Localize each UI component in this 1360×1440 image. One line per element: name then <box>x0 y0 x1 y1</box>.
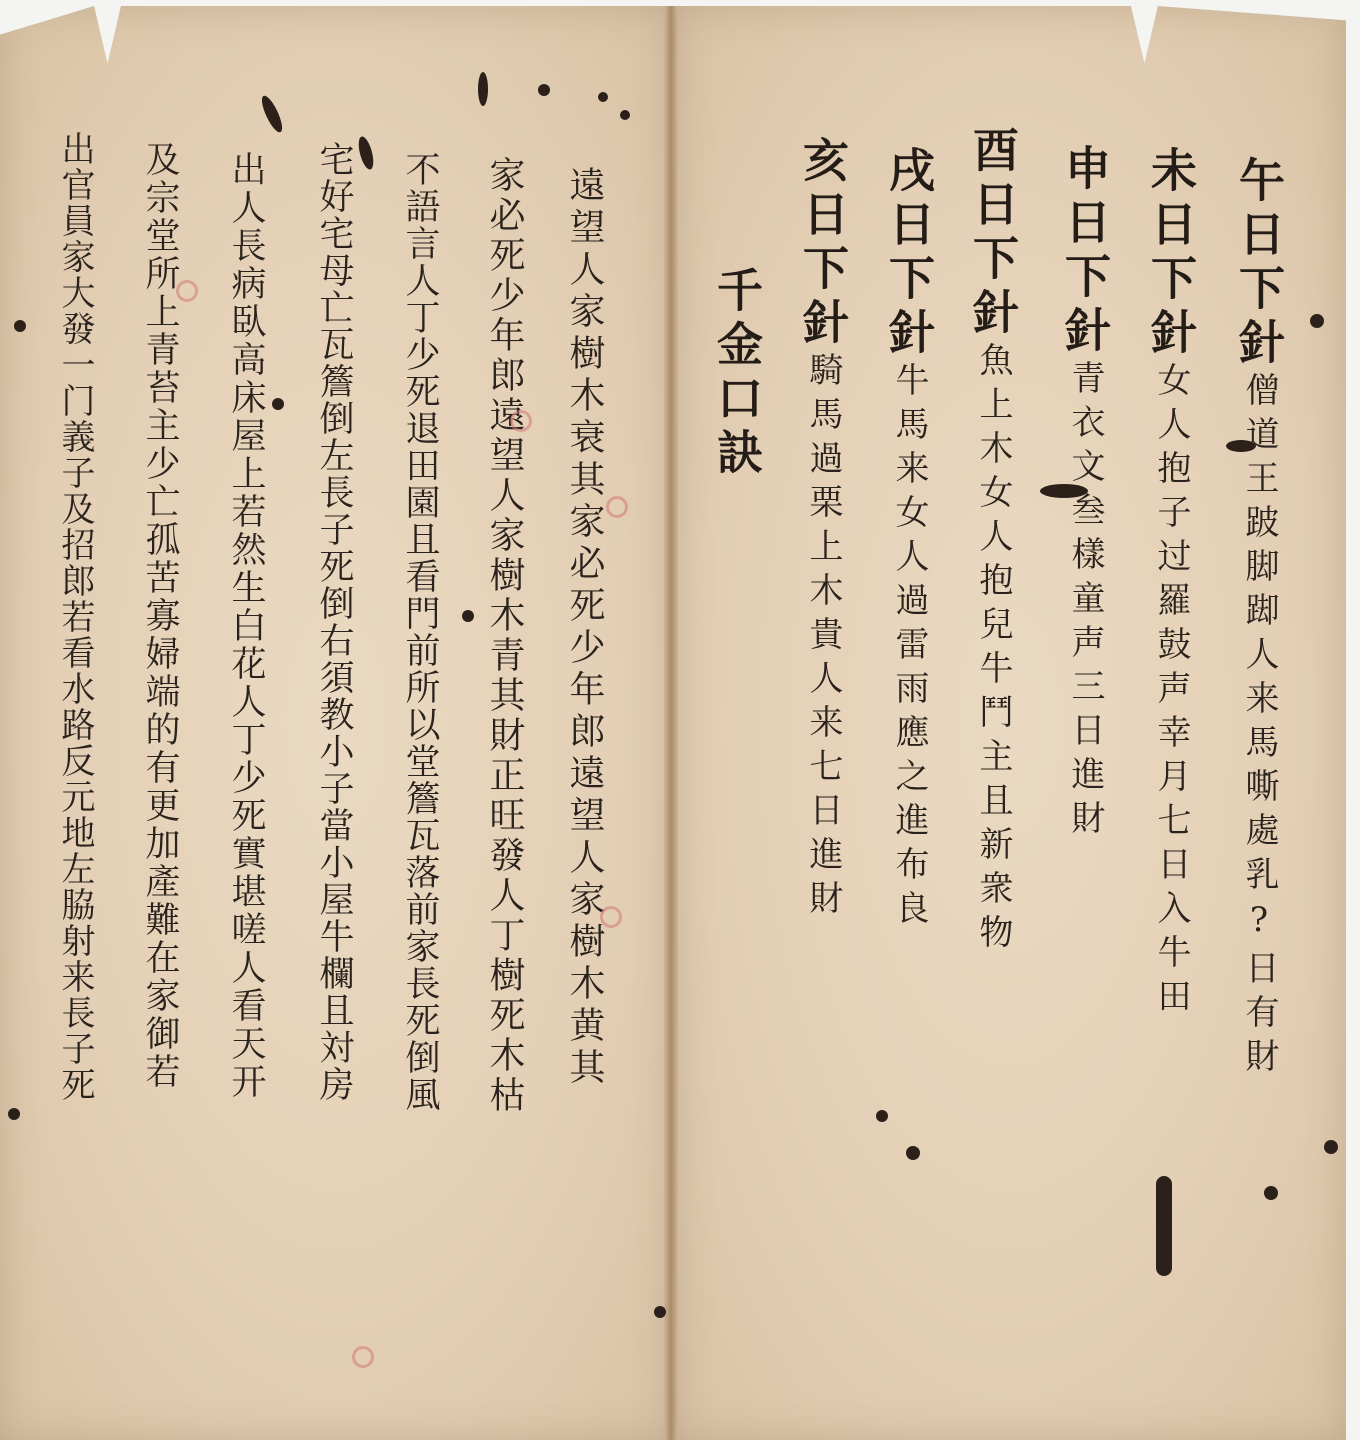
wormhole <box>538 84 550 96</box>
wormhole <box>478 72 488 106</box>
wormhole <box>906 1146 920 1160</box>
column-text: 青衣文叁樣童声三日進財 <box>1065 360 1105 844</box>
column-text: 女人抱子过羅鼓声幸月七日入牛田 <box>1151 362 1191 1022</box>
red-mark <box>600 906 622 928</box>
left-column-6: 及宗堂所上青苔主少亡孤苦寡婦端的有更加產難在家御若 <box>142 141 177 1091</box>
column-text: 騎馬過栗上木貴人来七日進財 <box>803 352 843 924</box>
column-text: 出官員家大發一门義子及招郎若看水路反元地左脇射来長子死 <box>55 131 95 1103</box>
left-column-7: 出官員家大發一门義子及招郎若看水路反元地左脇射来長子死 <box>58 131 92 1103</box>
column-text: 宅好宅母亡瓦簷倒左長子死倒右須教小子當小屋牛欄且対房 <box>314 141 354 1103</box>
column-heading: 申日下針 <box>1058 144 1112 360</box>
wormhole <box>1310 314 1324 328</box>
wormhole <box>598 92 608 102</box>
column-text: 及宗堂所上青苔主少亡孤苦寡婦端的有更加產難在家御若 <box>140 141 180 1091</box>
wormhole <box>620 110 630 120</box>
column-heading: 午日下針 <box>1232 156 1286 372</box>
red-mark <box>606 496 628 518</box>
left-column-3: 不語言人丁少死退田園且看門前所以堂簷瓦落前家長死倒風 <box>402 151 437 1113</box>
column-text: 不語言人丁少死退田園且看門前所以堂簷瓦落前家長死倒風 <box>400 151 440 1113</box>
wormhole <box>1264 1186 1278 1200</box>
column-text: 遠望人家樹木衰其家必死少年郎遠望人家樹木黄其 <box>564 166 605 1090</box>
book-spine <box>664 6 678 1440</box>
wormhole <box>14 320 26 332</box>
right-column-4: 酉日下針魚上木女人抱兒牛鬥主且新衆物 <box>970 126 1016 958</box>
red-mark <box>352 1346 374 1368</box>
red-mark <box>176 280 198 302</box>
wormhole <box>1324 1140 1338 1154</box>
wormhole <box>1040 484 1088 498</box>
manuscript-spread: 午日下針僧道王跛脚踋人来馬嘶處乳?日有財 未日下針女人抱子过羅鼓声幸月七日入牛田… <box>0 6 1360 1440</box>
right-column-2: 未日下針女人抱子过羅鼓声幸月七日入牛田 <box>1148 146 1194 1022</box>
right-column-7: 千金口訣 <box>714 266 760 482</box>
left-column-1: 遠望人家樹木衰其家必死少年郎遠望人家樹木黄其 <box>566 166 602 1090</box>
column-heading: 戌日下針 <box>882 146 936 362</box>
wormhole <box>1156 1176 1172 1276</box>
section-title: 千金口訣 <box>710 266 764 482</box>
wormhole <box>272 398 284 410</box>
left-column-2: 家必死少年郎遠望人家樹木青其財正旺發人丁樹死木枯 <box>486 156 522 1116</box>
wormhole <box>1226 440 1256 452</box>
left-column-4: 宅好宅母亡瓦簷倒左長子死倒右須教小子當小屋牛欄且対房 <box>316 141 351 1103</box>
column-heading: 亥日下針 <box>796 136 850 352</box>
right-column-5: 戌日下針牛馬来女人過雷雨應之進布良 <box>886 146 932 934</box>
wormhole <box>462 610 474 622</box>
right-column-1: 午日下針僧道王跛脚踋人来馬嘶處乳?日有財 <box>1236 156 1282 1082</box>
wormhole <box>876 1110 888 1122</box>
column-heading: 酉日下針 <box>966 126 1020 342</box>
column-text: 出人長病臥高床屋上若然生白花人丁少死實堪嗟人看天开 <box>226 151 266 1101</box>
left-column-5: 出人長病臥高床屋上若然生白花人丁少死實堪嗟人看天开 <box>228 151 263 1101</box>
column-heading: 未日下針 <box>1144 146 1198 362</box>
right-column-6: 亥日下針騎馬過栗上木貴人来七日進財 <box>800 136 846 924</box>
column-text: 僧道王跛脚踋人来馬嘶處乳?日有財 <box>1239 372 1279 1082</box>
red-mark <box>510 410 532 432</box>
wormhole <box>654 1306 666 1318</box>
wormhole <box>8 1108 20 1120</box>
column-text: 家必死少年郎遠望人家樹木青其財正旺發人丁樹死木枯 <box>484 156 525 1116</box>
column-text: 牛馬来女人過雷雨應之進布良 <box>889 362 929 934</box>
column-text: 魚上木女人抱兒牛鬥主且新衆物 <box>973 342 1013 958</box>
